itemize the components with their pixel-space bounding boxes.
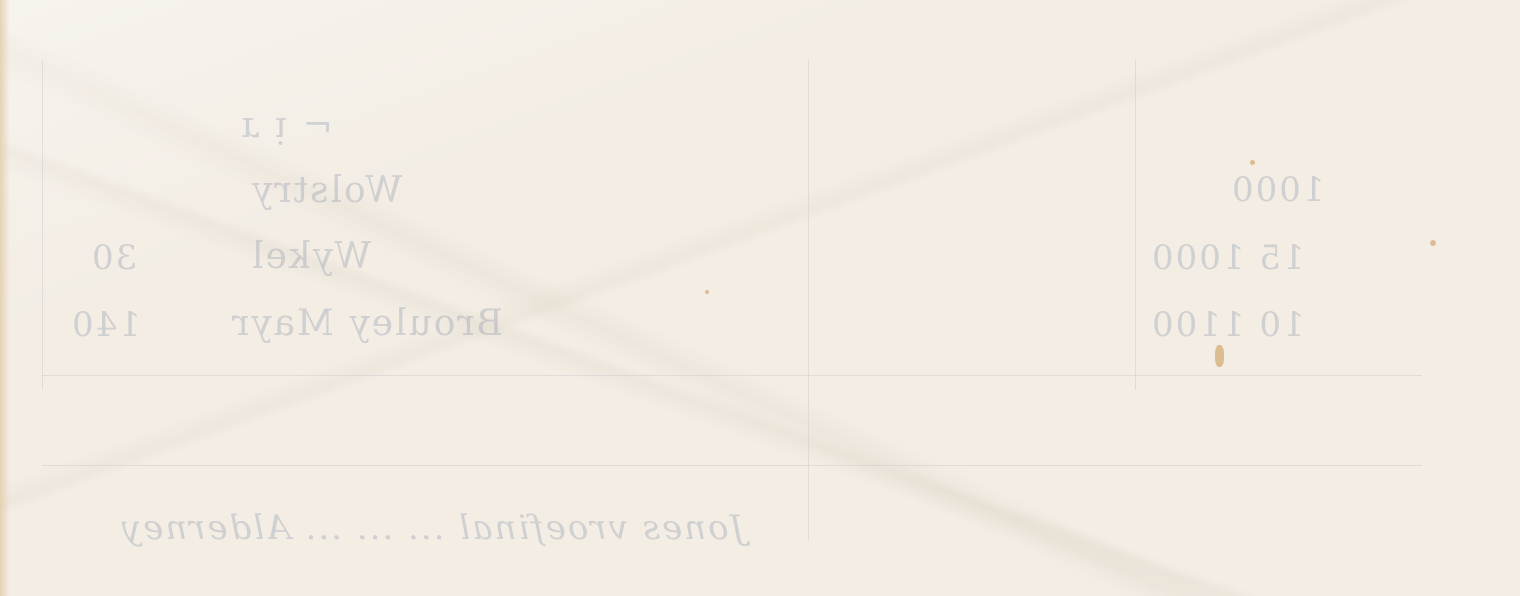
- ink-stain: [1250, 160, 1255, 165]
- column-rule: [1135, 60, 1136, 390]
- ledger-entry: ⌐ ᴉ ɹ: [240, 105, 333, 146]
- ledger-entry: Wolstry: [250, 170, 402, 211]
- ledger-number: 30: [90, 238, 137, 278]
- ledger-entry: Wykel: [250, 236, 371, 277]
- ink-stain: [1215, 345, 1224, 367]
- column-rule: [808, 60, 809, 540]
- page-edge-stain: [0, 0, 10, 596]
- footer-handwriting: Jones vroefinal ... ... ... Alderney: [120, 508, 744, 548]
- ledger-number: 140: [70, 305, 141, 345]
- ledger-amount: 15 1000: [1150, 238, 1305, 278]
- ink-stain: [705, 290, 709, 294]
- ledger-amount: 1000: [1230, 170, 1325, 210]
- ledger-amount: 10 1100: [1150, 305, 1305, 345]
- row-rule: [42, 465, 1422, 466]
- document-page: ⌐ ᴉ ɹ Wolstry 1000 30 Wykel 15 1000 140 …: [0, 0, 1520, 596]
- ink-stain: [1430, 240, 1436, 246]
- ledger-entry: Brouley Mayr: [230, 303, 503, 344]
- row-rule: [42, 375, 1422, 376]
- margin-rule: [42, 60, 43, 390]
